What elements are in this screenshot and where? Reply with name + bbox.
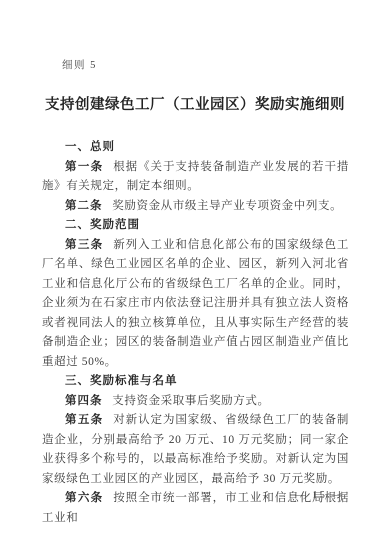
article-paragraph-1: 第一条根据《关于支持装备制造产业发展的若干措施》有关规定，制定本细则。 (42, 158, 349, 197)
section-heading-reward-standards: 三、奖励标准与名单 (42, 372, 349, 392)
article-label-4: 第四条 (65, 395, 103, 407)
article-paragraph-2: 第二条奖励资金从市级主导产业专项资金中列支。 (42, 197, 349, 217)
document-body: 一、总则 第一条根据《关于支持装备制造产业发展的若干措施》有关规定，制定本细则。… (42, 138, 349, 528)
article-label-3: 第三条 (65, 239, 103, 251)
article-paragraph-4: 第四条支持资金采取事后奖励方式。 (42, 392, 349, 412)
article-text-2: 奖励资金从市级主导产业专项资金中列支。 (112, 200, 342, 212)
section-heading-reward-scope: 二、奖励范围 (42, 216, 349, 236)
page-number: — 15 — (295, 490, 344, 501)
article-label-1: 第一条 (65, 161, 103, 173)
article-paragraph-3: 第三条新列入工业和信息化部公布的国家级绿色工厂名单、绿色工业园区名单的企业、园区… (42, 236, 349, 373)
article-paragraph-5: 第五条对新认定为国家级、省级绿色工厂的装备制造企业，分别最高给予 20 万元、1… (42, 411, 349, 489)
document-corner-label: 细则 5 (62, 57, 97, 72)
article-text-4: 支持资金采取事后奖励方式。 (112, 395, 269, 407)
section-heading-general: 一、总则 (42, 138, 349, 158)
document-title: 支持创建绿色工厂（工业园区）奖励实施细则 (0, 93, 390, 114)
article-label-2: 第二条 (65, 200, 103, 212)
document-page: 细则 5 支持创建绿色工厂（工业园区）奖励实施细则 一、总则 第一条根据《关于支… (0, 0, 390, 551)
article-label-5: 第五条 (65, 414, 103, 426)
article-text-3: 新列入工业和信息化部公布的国家级绿色工厂名单、绿色工业园区名单的企业、园区，新列… (42, 239, 349, 368)
article-label-6: 第六条 (65, 492, 103, 504)
